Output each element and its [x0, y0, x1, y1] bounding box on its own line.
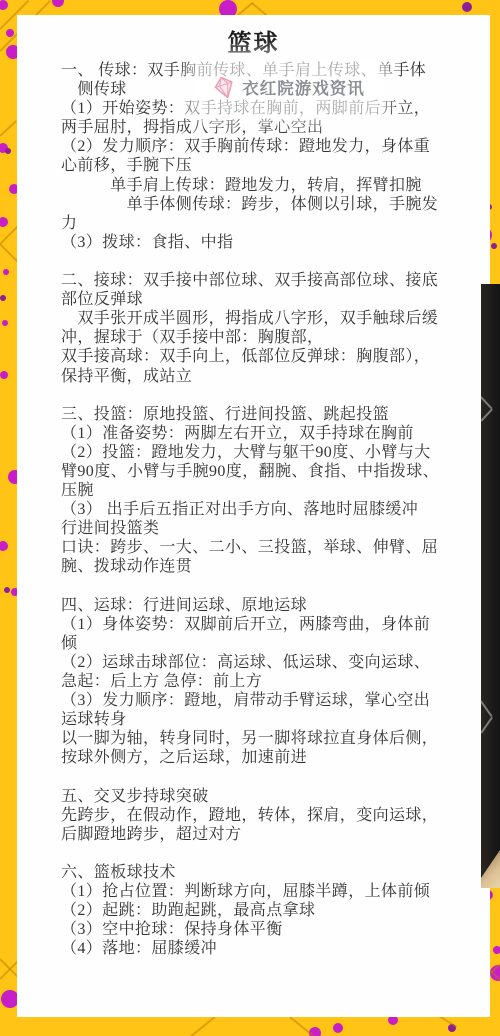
text-line: 行进间投篮类 [61, 519, 476, 538]
text-line: （3）拨球：食指、中指 [61, 233, 476, 252]
border-dot [52, 0, 64, 7]
text-line: （3）发力顺序：蹬地，肩带动手臂运球，掌心空出 [61, 691, 476, 710]
text-line: 口诀：跨步、一大、二小、三投篮，举球、伸臂、屈 [61, 538, 476, 557]
text-line: 单手体侧传球：跨步，体侧以引球，手腕发 [61, 195, 476, 214]
text-line: （2）发力顺序：双手胸前传球：蹬地发力，身体重 [61, 137, 476, 156]
text-line: 先跨步，在假动作，蹬地，转体，探肩，变向运球， [61, 806, 476, 825]
text-line: 倾 [61, 634, 476, 653]
border-dot [2, 320, 8, 326]
text-line: 腕、拨球动作连贯 [61, 557, 476, 576]
text-line: （3） 出手后五指正对出手方向、落地时屈膝缓冲 [61, 500, 476, 519]
text-line: 六、篮板球技术 [61, 863, 476, 882]
text-line: 后脚蹬地跨步，超过对方 [61, 825, 476, 844]
text-line: 按球外侧方，之后运球，加速前进 [61, 748, 476, 767]
text-line: 单手肩上传球：蹬地发力，转肩，挥臂扣腕 [61, 176, 476, 195]
screen-edge-strip [481, 284, 500, 888]
text-line: 冲，握球于（双手接中部：胸腹部， [61, 328, 476, 347]
border-dot [0, 217, 8, 227]
text-line: （4）落地：屈膝缓冲 [61, 939, 476, 958]
border-dot [493, 946, 500, 954]
text-line: （2）运球击球部位：高运球、低运球、变向运球、 [61, 653, 476, 672]
border-dot [462, 2, 472, 12]
text-line: （3）空中抢球：保持身体平衡 [61, 920, 476, 939]
document-card: 篮球 一、 传球：双手胸前传球、单手肩上传球、单手体 侧传球（1）开始姿势：双手… [17, 15, 490, 1017]
text-line [61, 577, 476, 596]
border-dot [0, 541, 8, 551]
watermark: 衣红院游戏资讯 [196, 60, 382, 114]
text-line: （2）起跳：助跑起跳，最高点拿球 [61, 901, 476, 920]
border-dot [333, 1023, 343, 1033]
text-line: （2）投篮：蹬地发力，大臂与躯干90度、小臂与大 [61, 443, 476, 462]
text-line: 力 [61, 214, 476, 233]
border-dot [491, 243, 497, 249]
text-line: 四、运球：行进间运球、原地运球 [61, 596, 476, 615]
text-line: 双手接高球：双手向上，低部位反弹球：胸腹部）， [61, 347, 476, 366]
page-title: 篮球 [17, 29, 490, 59]
border-dot [3, 269, 9, 275]
text-line: 部位反弹球 [61, 290, 476, 309]
border-dot [0, 295, 6, 301]
text-line: （1）身体姿势：双脚前后开立，两膝弯曲，身体前 [61, 615, 476, 634]
text-line: 以一脚为轴，转身同时，另一脚将球拉直身体后侧， [61, 729, 476, 748]
border-dot [0, 371, 8, 379]
text-line: （1）抢占位置：判断球方向，屈膝半蹲，上体前倾 [61, 882, 476, 901]
watermark-text: 衣红院游戏资讯 [242, 75, 365, 99]
crease-line [0, 120, 17, 136]
text-line [61, 844, 476, 863]
text-line: 双手张开成半圆形，拇指成八字形，双手触球后缓 [61, 309, 476, 328]
text-line: 五、交叉步持球突破 [61, 787, 476, 806]
text-line: 臂90度、小臂与手腕90度，翻腕、食指、中指拨球、 [61, 462, 476, 481]
text-line: 保持平衡，成站立 [61, 367, 476, 386]
text-line: （1）准备姿势：两脚左右开立，双手持球在胸前 [61, 424, 476, 443]
text-line: 压腕 [61, 481, 476, 500]
border-dot [5, 148, 11, 154]
crease-line [290, 1016, 316, 1036]
text-line: 急起：后上方 急停：前上方 [61, 672, 476, 691]
document-body: 一、 传球：双手胸前传球、单手肩上传球、单手体 侧传球（1）开始姿势：双手持球在… [17, 61, 490, 958]
text-line: 运球转身 [61, 710, 476, 729]
crease-line [190, 1016, 216, 1036]
gem-icon [210, 73, 239, 102]
border-dot [0, 0, 8, 10]
text-line: 三、投篮：原地投篮、行进间投篮、跳起投篮 [61, 405, 476, 424]
text-line: 两手屈肘，拇指成八字形，掌心空出 [61, 118, 476, 137]
crease-line [238, 2, 254, 15]
text-line [61, 767, 476, 786]
crease-line [252, 2, 268, 15]
text-line [61, 386, 476, 405]
text-line: 二、接球：双手接中部位球、双手接高部位球、接底 [61, 271, 476, 290]
text-line: 心前移，手腕下压 [61, 156, 476, 175]
border-dot [4, 587, 10, 593]
text-line [61, 252, 476, 271]
